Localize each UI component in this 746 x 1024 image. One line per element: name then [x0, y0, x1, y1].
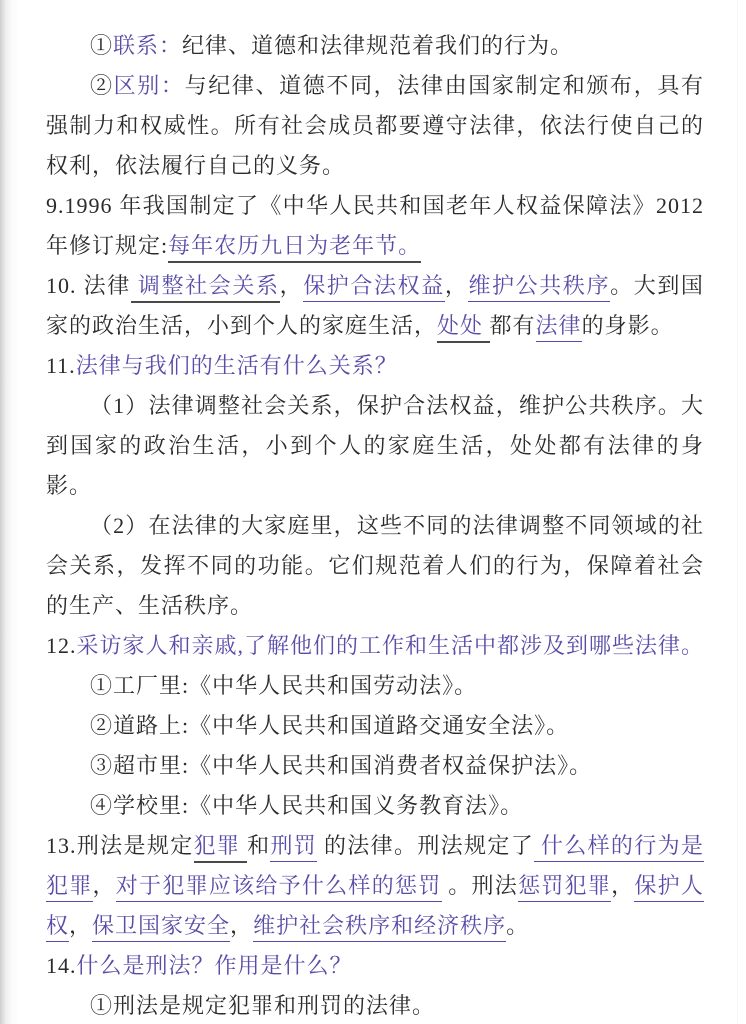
- highlight-segment: 法律与我们的生活有什么关系？: [76, 353, 398, 378]
- highlight-segment: 保护合法权益: [303, 273, 445, 302]
- paragraph: 9.1996 年我国制定了《中华人民共和国老年人权益保障法》2012 年修订规定…: [46, 186, 704, 266]
- text-segment: ，: [611, 873, 634, 898]
- paragraph: 10. 法律 调整社会关系，保护合法权益，维护公共秩序。大到国家的政治生活，小到…: [46, 266, 704, 346]
- highlight-segment: 采访家人和亲戚,了解他们的工作和生活中都涉及到哪些法律。: [77, 633, 705, 658]
- text-segment: 都有: [490, 313, 536, 338]
- paragraph: （2）在法律的大家庭里，这些不同的法律调整不同领域的社会关系，发挥不同的功能。它…: [46, 506, 704, 626]
- highlight-segment: 区别：: [114, 73, 185, 98]
- text-segment: ②道路上:《中华人民共和国道路交通安全法》。: [90, 713, 569, 738]
- text-segment: ①刑法是规定犯罪和刑罚的法律。: [90, 993, 435, 1018]
- highlight-segment: 维护公共秩序: [468, 273, 610, 302]
- text-segment: 。: [506, 913, 529, 938]
- paragraph: ①联系：纪律、道德和法律规范着我们的行为。: [46, 26, 704, 66]
- highlight-segment: 惩罚犯罪: [518, 873, 611, 902]
- highlight-segment: 法律: [536, 313, 582, 342]
- paragraph: ①刑法是规定犯罪和刑罚的法律。: [46, 986, 704, 1024]
- paragraph: ①工厂里:《中华人民共和国劳动法》。: [46, 666, 704, 706]
- document-page: ①联系：纪律、道德和法律规范着我们的行为。②区别：与纪律、道德不同，法律由国家制…: [0, 0, 746, 1024]
- highlight-segment: 对于犯罪应该给予什么样的惩罚: [116, 873, 442, 902]
- text-segment: ④学校里:《中华人民共和国义务教育法》。: [90, 793, 523, 818]
- text-segment: ，: [69, 913, 92, 938]
- paragraph: （1）法律调整社会关系，保护合法权益，维护公共秩序。大到国家的政治生活，小到个人…: [46, 386, 704, 506]
- text-segment: ②: [90, 73, 114, 98]
- text-segment: （2）在法律的大家庭里，这些不同的法律调整不同领域的社会关系，发挥不同的功能。它…: [46, 513, 704, 618]
- paragraph: 13.刑法是规定犯罪 和刑罚 的法律。刑法规定了 什么样的行为是犯罪，对于犯罪应…: [46, 826, 704, 946]
- text-segment: 纪律、道德和法律规范着我们的行为。: [182, 33, 573, 58]
- paragraph: 12.采访家人和亲戚,了解他们的工作和生活中都涉及到哪些法律。: [46, 626, 704, 666]
- highlight-segment: 什么是刑法？作用是什么？: [77, 953, 353, 978]
- text-segment: ，: [93, 873, 116, 898]
- paragraph: ④学校里:《中华人民共和国义务教育法》。: [46, 786, 704, 826]
- text-segment: ，: [280, 273, 304, 298]
- highlight-segment: 保卫国家安全: [92, 913, 230, 942]
- text-segment: （1）法律调整社会关系，保护合法权益，维护公共秩序。大到国家的政治生活，小到个人…: [46, 393, 704, 498]
- highlight-segment: 刑罚: [270, 833, 317, 862]
- text-segment: ，: [230, 913, 253, 938]
- paragraph: 11.法律与我们的生活有什么关系？: [46, 346, 704, 386]
- paragraph: ②区别：与纪律、道德不同，法律由国家制定和颁布，具有强制力和权威性。所有社会成员…: [46, 66, 704, 186]
- paragraph: 14.什么是刑法？作用是什么？: [46, 946, 704, 986]
- highlight-segment: 调整社会关系: [131, 273, 280, 303]
- highlight-segment: 处处: [437, 313, 490, 343]
- text-segment: 12.: [46, 633, 77, 658]
- paragraph: ②道路上:《中华人民共和国道路交通安全法》。: [46, 706, 704, 746]
- text-segment: 10. 法律: [46, 273, 131, 298]
- text-segment: ③超市里:《中华人民共和国消费者权益保护法》。: [90, 753, 592, 778]
- text-segment: 14.: [46, 953, 77, 978]
- text-segment: 13.刑法是规定: [46, 833, 194, 858]
- highlight-segment: 维护社会秩序和经济秩序: [253, 913, 506, 942]
- text-segment: 的身影。: [582, 313, 674, 338]
- text-segment: 11.: [46, 353, 76, 378]
- text-segment: ①: [90, 33, 113, 58]
- text-segment: 和: [247, 833, 270, 858]
- highlight-segment: 每年农历九日为老年节。: [168, 233, 421, 263]
- paragraph: ③超市里:《中华人民共和国消费者权益保护法》。: [46, 746, 704, 786]
- highlight-segment: 犯罪: [194, 833, 248, 863]
- text-segment: ①工厂里:《中华人民共和国劳动法》。: [90, 673, 477, 698]
- page-right-edge-line: [737, 0, 738, 1024]
- highlight-segment: 联系：: [113, 33, 182, 58]
- text-segment: ，: [445, 273, 469, 298]
- document-content: ①联系：纪律、道德和法律规范着我们的行为。②区别：与纪律、道德不同，法律由国家制…: [46, 26, 704, 1024]
- page-left-edge-shadow: [0, 0, 20, 1024]
- text-segment: 。刑法: [442, 873, 519, 898]
- text-segment: 的法律。刑法规定了: [317, 833, 534, 858]
